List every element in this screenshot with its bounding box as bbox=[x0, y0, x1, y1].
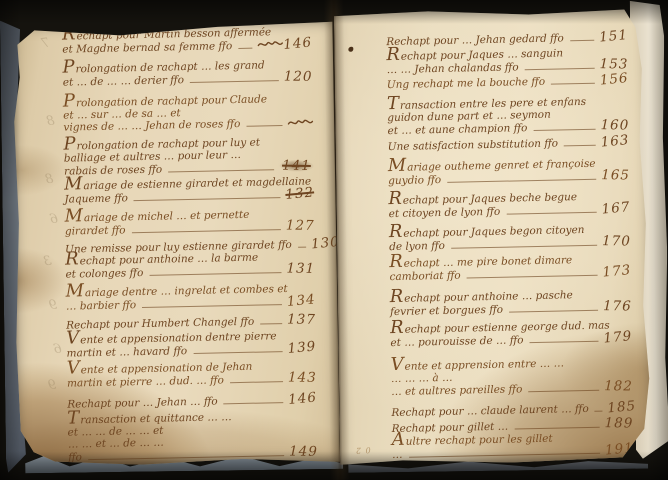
folio-number: 120 bbox=[284, 71, 313, 83]
index-entry: Mariage outheme genret et françoiseguydi… bbox=[388, 157, 630, 186]
ghost-digit: 6 bbox=[53, 341, 63, 357]
leader-line bbox=[260, 323, 282, 324]
index-entry: Aultre rechapt pour les gillet…191 bbox=[392, 431, 634, 460]
folio-number: 143 bbox=[288, 371, 317, 383]
leader-line bbox=[451, 245, 597, 249]
ghost-digit: 6 bbox=[49, 211, 59, 227]
leader-line bbox=[447, 179, 596, 183]
manuscript-photo: Rechapt pour Martin besson afferméeet Ma… bbox=[0, 0, 668, 480]
leader-line bbox=[246, 125, 282, 127]
leader-line bbox=[298, 247, 306, 248]
leader-line bbox=[467, 275, 598, 279]
index-entry: Mariage de estienne girardet et magdella… bbox=[64, 175, 314, 204]
index-entry: Une satisfaction substitution ffo163 bbox=[388, 135, 630, 152]
scribble-mark bbox=[257, 39, 283, 50]
folio-number: 170 bbox=[602, 235, 631, 247]
index-entry: Mariage de michel … et pernettegirardet … bbox=[65, 207, 315, 236]
marginal-mark: 0 2 bbox=[355, 445, 371, 455]
index-entry: Mariage dentre … ingrelat et combes et… … bbox=[66, 282, 316, 311]
ghost-digit: 8 bbox=[45, 114, 55, 130]
leader-line bbox=[193, 351, 283, 354]
index-entry: Rechapt pour Martin besson afferméeet Ma… bbox=[62, 25, 312, 54]
index-entry: Ung rechapt me la bouche ffo156 bbox=[387, 73, 629, 90]
ghost-digit: 9 bbox=[47, 378, 57, 394]
entry-text-line: Ung rechapt me la bouche ffo156 bbox=[387, 73, 629, 90]
leader-line bbox=[525, 68, 595, 70]
leader-line bbox=[530, 341, 599, 343]
index-entry: Transaction et quittance … …et … … de … … bbox=[67, 409, 318, 462]
leader-line bbox=[168, 169, 274, 172]
entry-text-line: Rechapt pour … Jehan … ffo146 bbox=[67, 392, 317, 409]
index-entry: Vente et appensionation dentre pierremar… bbox=[66, 329, 316, 358]
entry-text-line: Rechapt pour … claude laurent … ffo185 bbox=[391, 401, 633, 418]
leader-line bbox=[88, 455, 284, 460]
entry-text-line: Rechapt pour … Jehan gedard ffo151 bbox=[386, 30, 628, 47]
index-entry: Rechapt pour … Jehan gedard ffo151 bbox=[386, 30, 628, 47]
leader-line bbox=[190, 80, 279, 83]
leader-line bbox=[132, 229, 282, 233]
leader-line bbox=[506, 212, 597, 215]
folio-number: 141 bbox=[279, 160, 314, 172]
right-page-entries: Rechapt pour … Jehan gedard ffo151Rechap… bbox=[386, 29, 634, 458]
index-entry: Vente et apprension entre … …… … … à …… … bbox=[391, 356, 634, 397]
folio-number: 131 bbox=[287, 262, 316, 274]
index-entry: Vente et appensionation de Jehanmartin e… bbox=[67, 359, 317, 388]
leader-line bbox=[409, 453, 601, 458]
right-page: Rechapt pour … Jehan gedard ffo151Rechap… bbox=[334, 5, 654, 465]
leader-line bbox=[142, 304, 282, 308]
folio-number: 137 bbox=[287, 313, 316, 325]
folio-number: 132 bbox=[285, 186, 315, 201]
left-page: Rechapt pour Martin besson afferméeet Ma… bbox=[10, 20, 340, 466]
folio-number: 130 bbox=[310, 236, 340, 251]
leader-line bbox=[570, 40, 595, 42]
folio-number: 173 bbox=[602, 264, 632, 279]
folio-number: 191 bbox=[605, 442, 635, 457]
leader-line bbox=[238, 48, 252, 49]
index-entry: Prolongation de rachapt pour Claudeet … … bbox=[63, 92, 314, 133]
folio-number: 185 bbox=[607, 400, 637, 415]
entry-text-line: Une satisfaction substitution ffo163 bbox=[388, 135, 630, 152]
folio-number: 189 bbox=[605, 417, 634, 429]
manuscript-book: Rechapt pour Martin besson afferméeet Ma… bbox=[0, 0, 668, 480]
leader-line bbox=[509, 310, 598, 313]
folio-number: 153 bbox=[600, 58, 629, 70]
ghost-digit: 7 bbox=[40, 36, 50, 52]
folio-number: 165 bbox=[601, 169, 630, 181]
index-entry: Rechapt pour estienne george dud. maset … bbox=[390, 319, 632, 348]
folio-number: 156 bbox=[600, 72, 630, 87]
bleed-through-digits: 78863969 bbox=[0, 0, 665, 5]
index-entry: Prolongation de rachapt … les grandet … … bbox=[62, 58, 312, 87]
index-entry: Rechapt … me pire bonet dimarecamboriat … bbox=[389, 253, 631, 282]
index-entry: Transaction entre les pere et enfansguid… bbox=[387, 95, 630, 136]
entry-text-line: Rechapt pour Humbert Changel ffo137 bbox=[66, 313, 316, 330]
leader-line bbox=[230, 381, 283, 383]
ghost-digit: 8 bbox=[44, 172, 54, 188]
folio-number: 176 bbox=[603, 300, 632, 312]
index-entry: Rechapt pour Jaques begon citoyende lyon… bbox=[389, 223, 631, 252]
leader-line bbox=[134, 197, 281, 201]
leader-line bbox=[528, 390, 599, 392]
index-entry: Rechapt pour Jaques … sanguin… … Jehan c… bbox=[386, 46, 628, 75]
index-entry: Rechapt pour Humbert Changel ffo137 bbox=[66, 313, 316, 330]
folio-number: 151 bbox=[599, 29, 629, 44]
folio-number: 127 bbox=[286, 219, 315, 231]
index-entry: Rechapt pour anthoine … la barmeet colon… bbox=[65, 250, 315, 279]
folio-number: 179 bbox=[603, 330, 633, 345]
index-entry: Rechapt pour anthoine … paschefevrier et… bbox=[390, 288, 632, 317]
folio-number: 134 bbox=[287, 293, 317, 308]
leader-line bbox=[224, 402, 284, 404]
index-entry: Rechapt pour Jaques beche begueet citoye… bbox=[388, 190, 630, 219]
scribble-mark bbox=[287, 117, 313, 128]
index-entry: Prolongation de rachapt pour luy etballi… bbox=[63, 135, 314, 176]
leader-line bbox=[533, 129, 595, 131]
folio-number: 163 bbox=[600, 134, 630, 149]
folio-number: 182 bbox=[604, 380, 633, 392]
folio-number: 160 bbox=[601, 119, 630, 131]
ghost-digit: 9 bbox=[48, 297, 58, 313]
leader-line bbox=[564, 145, 596, 147]
index-entry: Rechapt pour … Jehan … ffo146 bbox=[67, 392, 317, 409]
folio-number: 149 bbox=[289, 445, 318, 457]
index-entry: Rechapt pour … claude laurent … ffo185 bbox=[391, 401, 633, 418]
leader-line bbox=[551, 83, 595, 85]
folio-number: 146 bbox=[288, 391, 318, 406]
leader-line bbox=[514, 427, 600, 430]
leader-line bbox=[149, 272, 281, 276]
ghost-digit: 3 bbox=[42, 254, 52, 270]
folio-number: 167 bbox=[601, 201, 631, 216]
folio-number: 146 bbox=[283, 36, 313, 51]
leader-line bbox=[595, 411, 603, 412]
folio-number: 139 bbox=[287, 340, 317, 355]
left-page-entries: Rechapt pour Martin besson afferméeet Ma… bbox=[62, 24, 318, 457]
